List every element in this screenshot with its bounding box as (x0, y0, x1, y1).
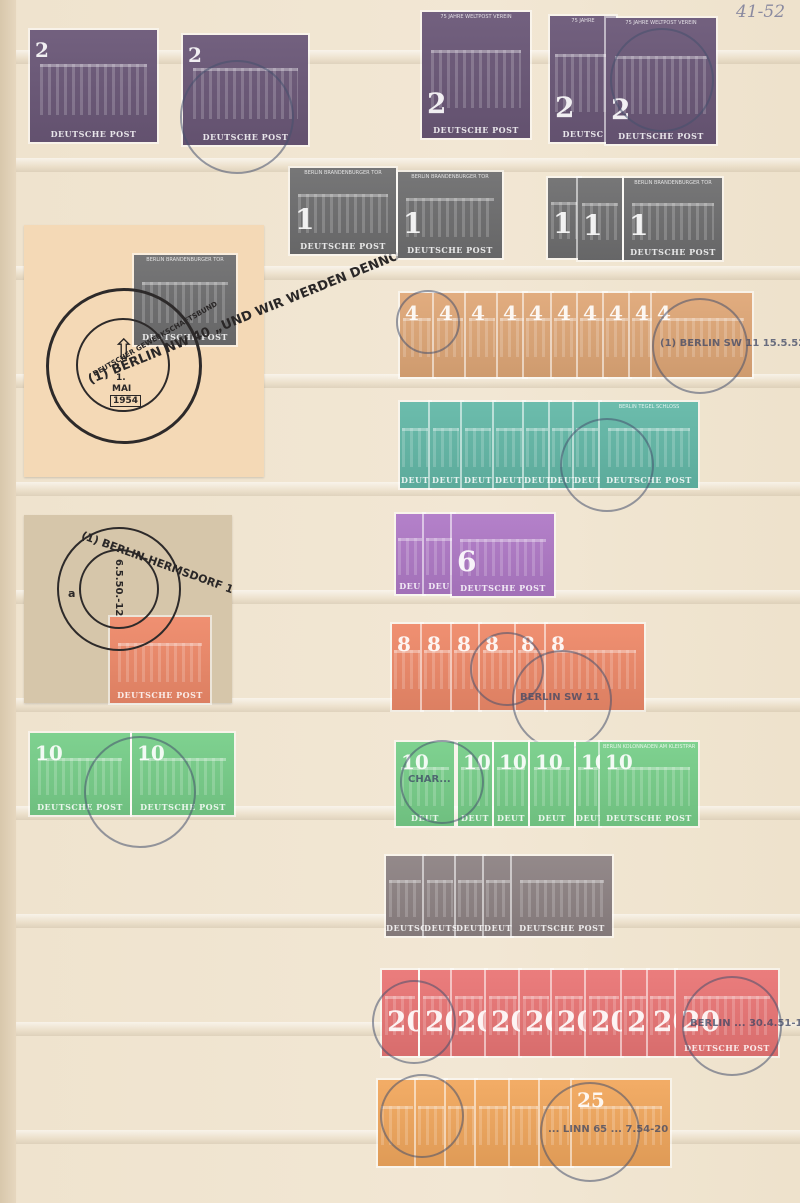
stamp-vignette (520, 880, 604, 917)
stamp: 8 (422, 624, 452, 710)
stamp-label: DEUT (550, 475, 574, 485)
stamp-vignette (496, 428, 521, 468)
stamp: 10DEUTSCHE POST (30, 733, 130, 815)
stamp-value: 1 (629, 209, 648, 242)
stamp: DEUTSC (456, 856, 484, 936)
stamp: 6DEUTSCHE POST (452, 514, 554, 596)
stamp-value: 20 (627, 1005, 648, 1038)
stamp-vignette (418, 1106, 443, 1146)
pencil-annotation: 41-52 (736, 2, 785, 22)
stamp: DEU (396, 514, 424, 594)
stamp: 10DEUT (530, 742, 574, 826)
cancel-day: 1. (116, 373, 126, 383)
stamp: 8 (480, 624, 516, 710)
stamp: 20 (520, 970, 552, 1056)
stamp: DEUT (400, 402, 430, 488)
stamp-label: DEUTSCHE POST (600, 475, 698, 485)
stamp-value: 1 (583, 209, 602, 242)
stamp: DEUT (430, 402, 462, 488)
stamp: DEUT (494, 402, 524, 488)
stamp-vignette (486, 880, 510, 917)
stamp: 4 (466, 293, 498, 377)
stamp: DEUT (550, 402, 574, 488)
stamp: 10DEUT (576, 742, 600, 826)
cancel-letter: a (68, 587, 75, 600)
stamp-label: DEUTSCHE POST (290, 241, 396, 251)
stamp-label: DEUTSCHE POST (422, 125, 530, 135)
stamp-vignette (398, 538, 422, 575)
stamp: BERLIN KOLONNADEN AM KLEISTPARK10DEUTSCH… (600, 742, 698, 826)
page-spine (0, 0, 16, 1203)
stamp: 10DEUT (458, 742, 492, 826)
stamp-value: 6 (457, 545, 476, 578)
stamp: 2DEUTSCHE POST (30, 30, 157, 142)
stamp: BERLIN TEGEL SCHLOSSDEUTSCHE POST (600, 402, 698, 488)
stamp: 4 (524, 293, 552, 377)
stamp-value: 20 (387, 1005, 418, 1038)
stamp-inscription: 75 JAHRE WELTPOST VEREIN (425, 14, 527, 20)
stamp: 20 (382, 970, 418, 1056)
stamp-label: DEUTSCHE POST (30, 129, 157, 139)
stamp-value: 20 (457, 1005, 486, 1038)
stamp-label: DEU (424, 581, 454, 591)
stamp-label: DEUTSC (456, 923, 484, 933)
stamp: 2DEUTSCHE POST (183, 35, 308, 145)
cover-piece-hermsdorf: DEUTSCHE POST (1) BERLIN-HERMSDORF 1 a 6… (24, 515, 232, 703)
stamp: BERLIN BRANDENBURGER TOR1DEUTSCHE POST (624, 178, 722, 260)
stamp-label: DEUTSCHE POST (452, 583, 554, 593)
stamp-label: DEUT (462, 475, 494, 485)
stamp: DEUT (524, 402, 550, 488)
stamp-label: DEUT (494, 813, 528, 823)
stamp-label: DEUT (430, 475, 462, 485)
stamp-value: 1 (553, 207, 572, 240)
postmark-text: ... LINN 65 ... 7.54-20 (548, 1124, 668, 1135)
stamp: 4 (498, 293, 526, 377)
stamp-value: 10 (605, 750, 633, 774)
stamp-value: 4 (557, 301, 571, 325)
cancel-month: MAI (112, 384, 131, 394)
stamp-label: DEUTSC (424, 923, 456, 933)
stamp-value: 4 (657, 301, 671, 325)
stamp: 20DEUTSCHE POST (676, 970, 778, 1056)
stamp-inscription: 75 JAHRE WELTPOST VEREIN (609, 20, 713, 26)
stamp-inscription: BERLIN BRANDENBURGER TOR (293, 170, 393, 176)
stockbook-page: 41-52 BERLIN BRANDENBURGER TORDEUTSCHE P… (0, 0, 800, 1203)
strip-edge (16, 158, 800, 172)
postmark-text: BERLIN SW 11 (520, 692, 600, 703)
stamp-value: 20 (653, 1005, 676, 1038)
postmark-text: BERLIN ... 30.4.51-18 (690, 1018, 800, 1029)
stamp-value: 4 (609, 301, 623, 325)
stamp: DEUTSCHE POST (512, 856, 612, 936)
stamp-vignette (552, 428, 572, 468)
stamp: DEUTSC (484, 856, 512, 936)
stamp-label: DEUT (400, 475, 430, 485)
stamp-label: DEUTSCHE POST (183, 132, 308, 142)
cancel-date: 6.5.50.-12 (113, 559, 124, 616)
stamp: 20 (486, 970, 520, 1056)
stamp (446, 1080, 476, 1166)
stamp-value: 1 (295, 203, 314, 236)
stamp-vignette (389, 880, 421, 917)
stamp: BERLIN BRANDENBURGER TOR1DEUTSCHE POST (290, 168, 396, 254)
stamp: 10DEUT (494, 742, 528, 826)
stamp-value: 8 (521, 632, 535, 656)
stamp-vignette (554, 650, 636, 690)
stamp: DEU (424, 514, 454, 594)
stamp-vignette (479, 1106, 508, 1146)
stamp-vignette (402, 428, 427, 468)
stamp: 1 (548, 178, 580, 258)
stamp-label: DEU (396, 581, 424, 591)
stamp-vignette (426, 538, 451, 575)
stamp-vignette (40, 64, 147, 116)
stamp-value: 8 (397, 632, 411, 656)
stamp: 4 (578, 293, 606, 377)
stamp-value: 10 (401, 750, 429, 774)
arrow-up-icon: ⇧ (112, 333, 135, 366)
stamp-label: DEUT (530, 813, 574, 823)
stamp-vignette (608, 428, 690, 468)
stamp-label: DEUT (524, 475, 550, 485)
stamp-label: DEUTSC (484, 923, 512, 933)
stamp: 20 (420, 970, 452, 1056)
stamp (510, 1080, 540, 1166)
stamp: 20 (648, 970, 676, 1056)
stamp-label: DEUTSCHE POST (606, 131, 716, 141)
stamp-value: 20 (491, 1005, 520, 1038)
stamp-value: 4 (583, 301, 597, 325)
stamp-vignette (448, 1106, 473, 1146)
stamp: 20 (586, 970, 622, 1056)
stamp-value: 10 (581, 750, 600, 774)
stamp-label: DEUTSCHE POST (110, 690, 210, 700)
postmark-text: (1) BERLIN SW 11 15.5.52-21 (660, 338, 800, 349)
stamp-vignette (433, 428, 460, 468)
stamp: 4 (400, 293, 434, 377)
stamp-inscription: BERLIN BRANDENBURGER TOR (137, 257, 233, 263)
stamp-value: 10 (463, 750, 491, 774)
stamp: 1 (578, 178, 622, 260)
stamp: DEUTSC (386, 856, 424, 936)
stamp: DEUTSC (424, 856, 456, 936)
stamp-value: 4 (405, 301, 419, 325)
stamp (378, 1080, 416, 1166)
stamp-label: DEUTSCHE POST (600, 813, 698, 823)
stamp-value: 10 (137, 741, 165, 765)
stamp-vignette (381, 1106, 413, 1146)
stamp-vignette (427, 880, 454, 917)
stamp (540, 1080, 572, 1166)
stamp: 20 (622, 970, 648, 1056)
stamp: 8 (452, 624, 480, 710)
stamp-inscription: BERLIN BRANDENBURGER TOR (401, 174, 499, 180)
stamp-vignette (576, 428, 598, 468)
stamp: 4 (652, 293, 752, 377)
stamp-label: DEUTSC (386, 923, 424, 933)
stamp-value: 2 (611, 93, 630, 126)
stamp: 75 JAHRE WELTPOST VEREIN2DEUTSCHE POST (422, 12, 530, 138)
stamp-value: 20 (591, 1005, 622, 1038)
stamp-value: 1 (403, 207, 422, 240)
stamp-label: DEUT (458, 813, 492, 823)
stamp-vignette (526, 428, 548, 468)
stamp: BERLIN BRANDENBURGER TOR1DEUTSCHE POST (398, 172, 502, 258)
stamp-inscription: BERLIN TEGEL SCHLOSS (603, 404, 695, 410)
stamp-value: 20 (557, 1005, 586, 1038)
stamp-value: 4 (503, 301, 517, 325)
stamp-label: DEUT (396, 813, 454, 823)
stamp-value: 25 (577, 1088, 605, 1112)
stamp-value: 10 (35, 741, 63, 765)
stamp-label: DEUT (494, 475, 524, 485)
stamp: 4 (604, 293, 630, 377)
stamp-inscription: 75 JAHRE (553, 18, 613, 24)
stamp: 4 (630, 293, 654, 377)
stamp-value: 2 (555, 91, 574, 124)
stamp-value: 4 (635, 301, 649, 325)
stamp (416, 1080, 446, 1166)
stamp: 8 (392, 624, 422, 710)
stamp-label: DEUTSCHE POST (676, 1043, 778, 1053)
stamp-value: 8 (485, 632, 499, 656)
stamp-value: 8 (457, 632, 471, 656)
stamp-vignette (512, 1106, 537, 1146)
stamp-value: 2 (35, 38, 49, 62)
stamp-label: DEUTSCHE POST (132, 802, 234, 812)
stamp: 75 JAHRE WELTPOST VEREIN2DEUTSCHE POST (606, 18, 716, 144)
stamp-vignette (193, 68, 298, 119)
stamp-value: 20 (425, 1005, 452, 1038)
stamp: 25 (572, 1080, 670, 1166)
stamp-label: DEUT (576, 813, 600, 823)
stamp-label: DEUT (574, 475, 600, 485)
stamp-label: DEUTSCHE POST (398, 245, 502, 255)
stamp: 20 (452, 970, 486, 1056)
stamp-value: 20 (525, 1005, 552, 1038)
stamp-value: 4 (529, 301, 543, 325)
stamp-value: 4 (439, 301, 453, 325)
cover-piece-1mai: BERLIN BRANDENBURGER TORDEUTSCHE POST (1… (24, 225, 264, 477)
stamp-inscription: BERLIN BRANDENBURGER TOR (627, 180, 719, 186)
stamp-label: DEUTSCHE POST (624, 247, 722, 257)
stamp-value: 4 (471, 301, 485, 325)
stamp: 4 (434, 293, 466, 377)
stamp-label: DEUTSCHE POST (512, 923, 612, 933)
cancel-year: 1954 (110, 395, 141, 407)
stamp: 10DEUTSCHE POST (132, 733, 234, 815)
stamp-label: DEUTSCHE POST (30, 802, 130, 812)
stamp-value: 2 (427, 87, 446, 120)
stamp-vignette (465, 428, 492, 468)
postmark-text: CHAR... (408, 774, 451, 785)
stamp (476, 1080, 510, 1166)
stamp: 4 (552, 293, 578, 377)
stamp: DEUT (574, 402, 600, 488)
stamp-vignette (458, 880, 482, 917)
stamp: 20 (552, 970, 586, 1056)
stamp: DEUT (462, 402, 494, 488)
stamp-value: 8 (551, 632, 565, 656)
stamp-value: 8 (427, 632, 441, 656)
stamp-value: 10 (535, 750, 563, 774)
stamp-value: 10 (499, 750, 527, 774)
stamp-value: 2 (188, 43, 202, 67)
